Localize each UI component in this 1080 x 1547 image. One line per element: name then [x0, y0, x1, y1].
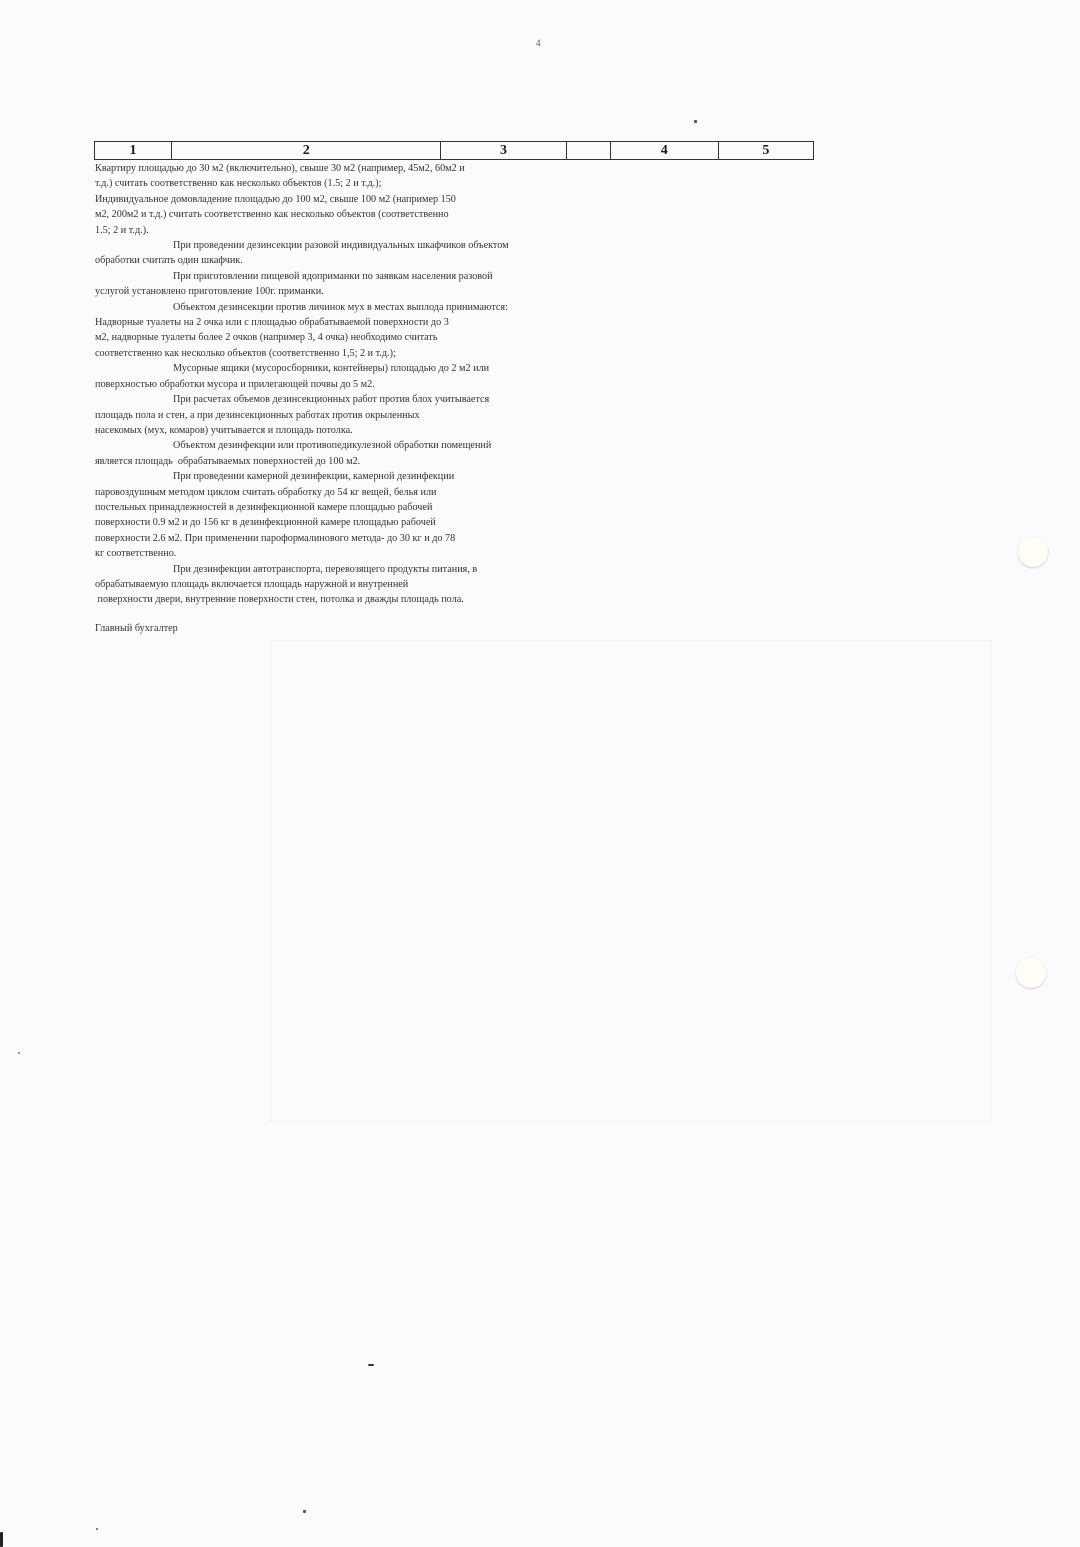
note-line: соответственно как несколько объектов (с…	[95, 346, 565, 361]
column-number-header-table: 1 2 3 4 5	[94, 141, 814, 160]
note-paragraph: Квартиру площадью до 30 м2 (включительно…	[95, 161, 565, 238]
table-header-row: 1 2 3 4 5	[95, 142, 814, 160]
punch-hole-mark	[1016, 958, 1046, 988]
note-line: При дезинфекции автотранспорта, перевозя…	[95, 562, 565, 577]
column-header-4: 4	[610, 142, 718, 160]
note-paragraph: При приготовлении пищевой ядоприманки по…	[95, 269, 565, 300]
column-header-2: 2	[172, 142, 441, 160]
note-line: Объектом дезинфекции или противопедикуле…	[95, 438, 565, 453]
note-line: Индивидуальное домовладение площадью до …	[95, 192, 565, 207]
note-line: Надворные туалеты на 2 очка или с площад…	[95, 315, 565, 330]
column-header-blank	[566, 142, 610, 160]
column-header-3: 3	[441, 142, 566, 160]
note-line: кг соответственно.	[95, 546, 565, 561]
note-paragraph: При дезинфекции автотранспорта, перевозя…	[95, 562, 565, 608]
note-line: паровоздушным методом циклом считать обр…	[95, 485, 565, 500]
note-line: При проведении дезинсекции разовой индив…	[95, 238, 565, 253]
note-line: поверхности 0.9 м2 и до 156 кг в дезинфе…	[95, 515, 565, 530]
punch-hole-mark	[1018, 537, 1048, 567]
column-header-5: 5	[718, 142, 813, 160]
show-through-table	[270, 640, 992, 1122]
note-line: является площадь обрабатываемых поверхно…	[95, 454, 565, 469]
note-paragraph: При проведении дезинсекции разовой индив…	[95, 238, 565, 269]
note-line: насекомых (мух, комаров) учитывается и п…	[95, 423, 565, 438]
note-line: м2, надворные туалеты более 2 очков (нап…	[95, 330, 565, 345]
scan-speck	[694, 120, 697, 123]
note-paragraph: При расчетах объемов дезинсекционных раб…	[95, 392, 565, 438]
note-line: обработки считать один шкафчик.	[95, 253, 565, 268]
note-line: м2, 200м2 и т.д.) считать соответственно…	[95, 207, 565, 222]
note-line: Квартиру площадью до 30 м2 (включительно…	[95, 161, 565, 176]
note-line: При проведении камерной дезинфекции, кам…	[95, 469, 565, 484]
note-line: постельных принадлежностей в дезинфекцио…	[95, 500, 565, 515]
scan-speck	[18, 1052, 20, 1054]
note-paragraph: Объектом дезинсекции против личинок мух …	[95, 300, 565, 362]
scan-speck	[303, 1510, 306, 1513]
note-line: поверхности 2.6 м2. При применении пароф…	[95, 531, 565, 546]
note-line: услугой установлено приготовление 100г. …	[95, 284, 565, 299]
scan-speck	[368, 1364, 374, 1366]
note-paragraph: Мусорные ящики (мусоросборники, контейне…	[95, 361, 565, 392]
column-header-1: 1	[95, 142, 172, 160]
note-line: площадь пола и стен, а при дезинсекционн…	[95, 408, 565, 423]
note-line: При приготовлении пищевой ядоприманки по…	[95, 269, 565, 284]
note-paragraph: При проведении камерной дезинфекции, кам…	[95, 469, 565, 561]
notes-section: Квартиру площадью до 30 м2 (включительно…	[95, 161, 565, 608]
note-line: Объектом дезинсекции против личинок мух …	[95, 300, 565, 315]
note-paragraph: Объектом дезинфекции или противопедикуле…	[95, 438, 565, 469]
scan-speck	[0, 1532, 3, 1547]
note-line: поверхности двери, внутренние поверхност…	[95, 592, 565, 607]
note-line: Мусорные ящики (мусоросборники, контейне…	[95, 361, 565, 376]
note-line: т.д.) считать соответственно как несколь…	[95, 176, 565, 191]
scan-speck	[96, 1528, 98, 1530]
note-line: При расчетах объемов дезинсекционных раб…	[95, 392, 565, 407]
note-line: поверхностью обработки мусора и прилегаю…	[95, 377, 565, 392]
page-number: 4	[536, 38, 541, 48]
signature-chief-accountant: Главный бухгалтер	[95, 623, 178, 634]
note-line: 1.5; 2 и т.д.).	[95, 223, 565, 238]
note-line: обрабатываемую площадь включается площад…	[95, 577, 565, 592]
